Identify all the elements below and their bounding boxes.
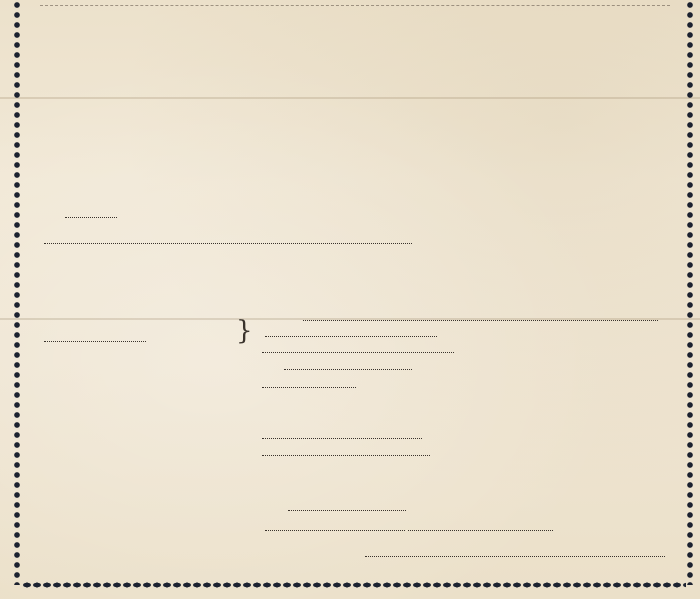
circuit-court-row	[262, 344, 454, 356]
decorative-border-right	[686, 0, 694, 585]
dotted-line	[284, 369, 412, 370]
dotted-line	[262, 352, 454, 353]
decorative-border-left	[13, 0, 21, 585]
applicant-name-line	[44, 228, 412, 244]
fold-line	[0, 97, 700, 99]
county-of-label	[44, 334, 146, 345]
dotted-line	[408, 530, 553, 531]
decorative-border-bottom	[22, 581, 686, 589]
dotted-line	[44, 341, 146, 342]
attest-signature-line	[303, 320, 658, 321]
dotted-line	[265, 530, 405, 531]
order-heading	[65, 208, 117, 221]
original-record-row	[262, 431, 422, 442]
witness-row	[288, 503, 406, 514]
dotted-line	[288, 510, 406, 511]
to-citizenship-row	[262, 448, 430, 459]
dotted-line	[262, 455, 430, 456]
clerk-signature-line	[365, 556, 665, 557]
within-county-row	[262, 380, 356, 391]
date-row	[265, 522, 553, 534]
dotted-line	[262, 438, 422, 439]
clerk-of-court-of	[265, 329, 437, 340]
brace-symbol: }	[236, 316, 253, 346]
dotted-line	[265, 336, 437, 337]
dotted-line	[262, 387, 356, 388]
clerk-name-row	[284, 362, 412, 373]
top-torn-edge	[40, 0, 670, 6]
dotted-line	[65, 217, 117, 218]
